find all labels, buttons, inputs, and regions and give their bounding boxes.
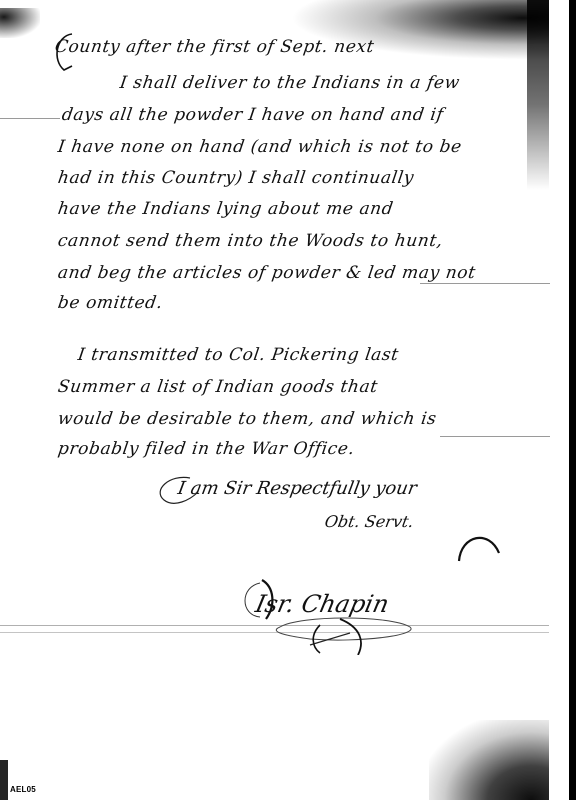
fold-line: [0, 118, 60, 119]
letter-line-6: have the Indians lying about me and: [57, 199, 395, 219]
letter-line-4: I have none on hand (and which is not to…: [57, 137, 464, 157]
scan-shadow-top-left: [0, 8, 40, 38]
letter-line-10: I transmitted to Col. Pickering last: [77, 345, 401, 365]
scanned-letter-page: County after the first of Sept. next I s…: [0, 0, 576, 800]
scan-shadow-bottom-right: [429, 720, 549, 800]
letter-line-2: I shall deliver to the Indians in a few: [119, 73, 462, 93]
closing-salutation: I am Sir Respectfully your: [176, 478, 418, 499]
letter-line-1: County after the first of Sept. next: [54, 37, 376, 57]
letter-line-12: would be desirable to them, and which is: [57, 409, 438, 429]
fold-line: [420, 283, 550, 284]
archive-tag: AEL05: [10, 785, 36, 794]
fold-line: [440, 436, 550, 437]
letter-line-7: cannot send them into the Woods to hunt,: [57, 231, 445, 251]
letter-line-3: days all the powder I have on hand and i…: [61, 105, 445, 125]
letter-line-9: be omitted.: [57, 293, 165, 313]
scan-margin-right: [549, 0, 569, 800]
letter-line-8: and beg the articles of powder & led may…: [57, 263, 477, 283]
scan-shadow-bottom-left: [0, 760, 8, 800]
letter-line-11: Summer a list of Indian goods that: [57, 377, 380, 397]
letter-line-13: probably filed in the War Office.: [57, 439, 356, 459]
scan-edge-right: [569, 0, 576, 800]
letter-line-5: had in this Country) I shall continually: [57, 168, 416, 188]
scan-shadow-right: [527, 0, 549, 190]
closing-servant: Obt. Servt.: [323, 512, 415, 531]
fold-line: [0, 625, 549, 626]
flourish-ornament-icon: [455, 525, 505, 565]
signature: Isr. Chapin: [253, 590, 391, 618]
fold-line: [0, 632, 549, 633]
